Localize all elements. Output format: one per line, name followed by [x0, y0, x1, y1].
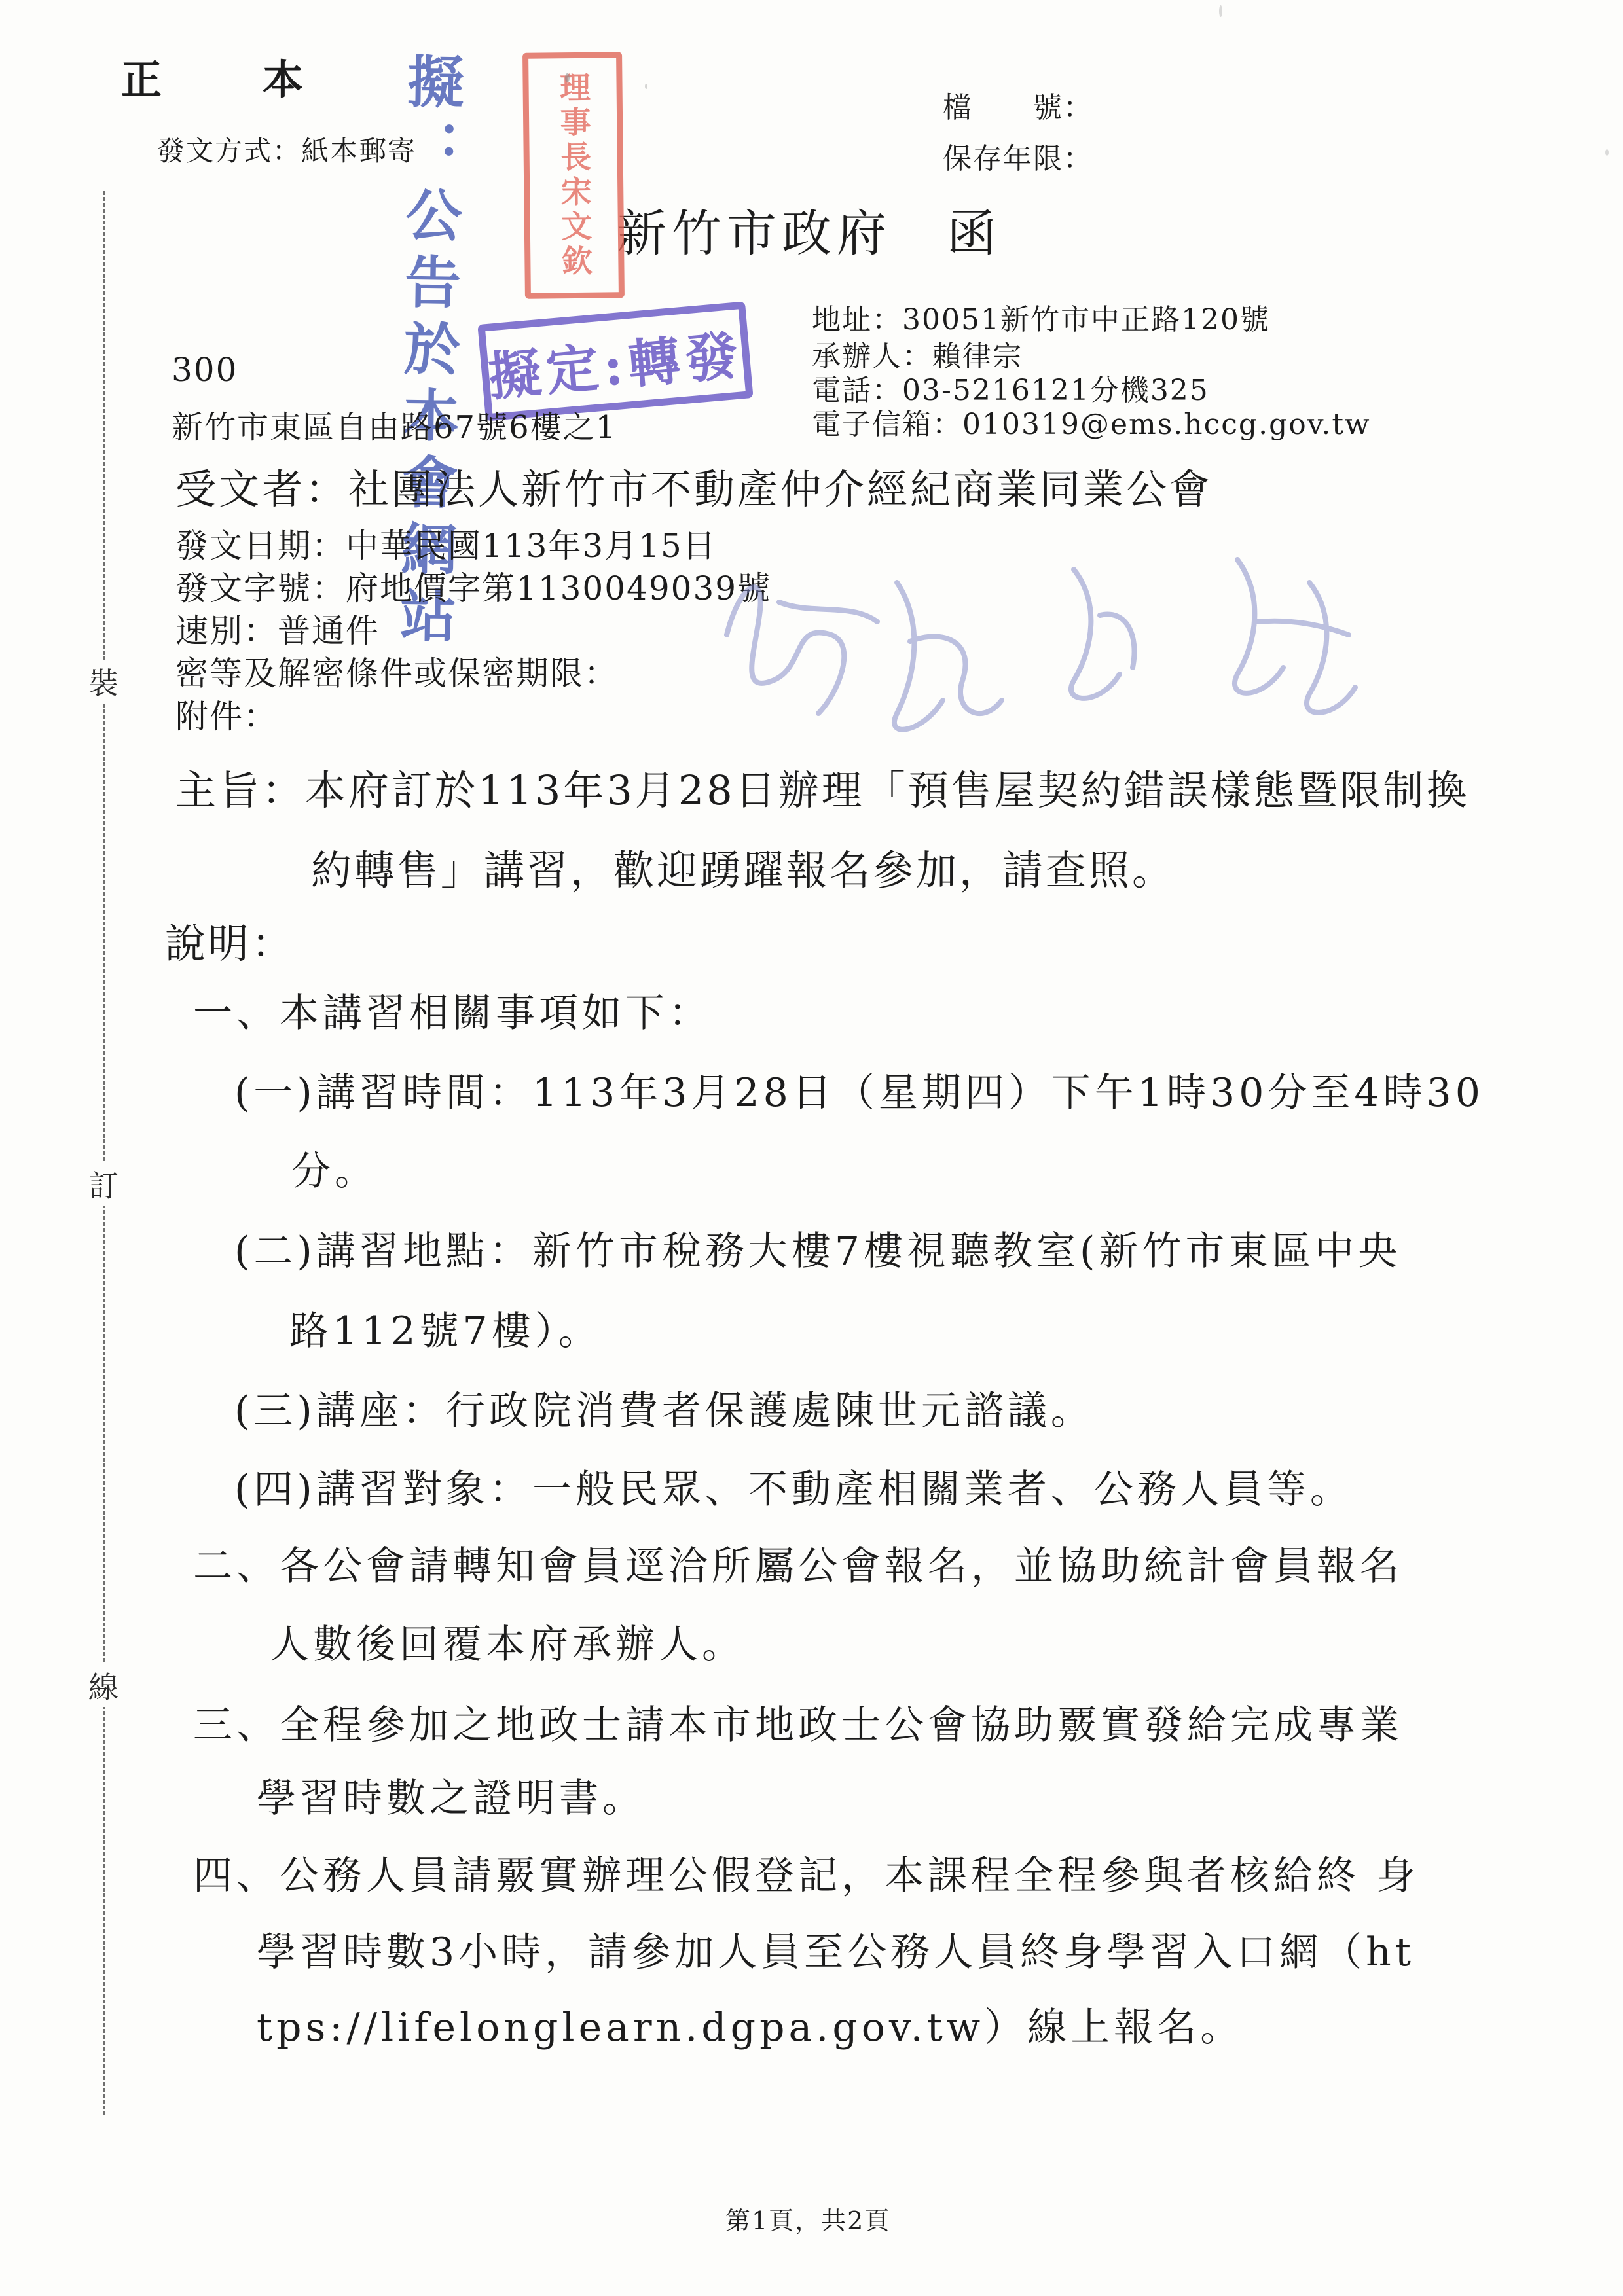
- description-line: 分。: [291, 1140, 378, 1196]
- scan-speck: [565, 73, 570, 82]
- description-line: 人數後回覆本府承辦人。: [270, 1613, 745, 1670]
- attachment-label: 附件：: [175, 691, 278, 738]
- description-line: 四、公務人員請覈實辦理公假登記，本課程全程參與者核給終 身: [193, 1844, 1419, 1901]
- recipient-line: 受文者：社團法人新竹市不動產仲介經紀商業同業公會: [175, 457, 1213, 515]
- scan-speck: [1219, 5, 1222, 17]
- document-title: 新竹市政府 函: [617, 194, 1002, 265]
- copy-type-label: 正 本: [121, 47, 333, 105]
- handwritten-note: 擬：公告於本會網站: [393, 52, 459, 726]
- file-number-label: 檔 號：: [943, 84, 1093, 126]
- description-line: (四)講習對象：一般民眾、不動產相關業者、公務人員等。: [234, 1458, 1353, 1515]
- description-line: tps://lifelonglearn.dgpa.gov.tw）線上報名。: [257, 1996, 1243, 2053]
- chairman-stamp-text: 理事長宋文欽: [557, 71, 590, 279]
- description-heading: 說明：: [165, 911, 295, 969]
- sender-email: 電子信箱：010319@ems.hccg.gov.tw: [812, 401, 1371, 442]
- recipient-postal-code: 300: [172, 351, 238, 389]
- document-page: 裝 訂 線 正 本 發文方式：紙本郵寄 檔 號： 保存年限： 新竹市政府 函 擬…: [0, 0, 1623, 2296]
- description-line: 路112號7樓）。: [289, 1300, 602, 1356]
- binding-label-ding: 訂: [82, 1162, 124, 1206]
- binding-label-xian: 線: [82, 1664, 124, 1707]
- description-line: 三、全程參加之地政士請本市地政士公會協助覈實發給完成專業: [193, 1694, 1403, 1750]
- page-number: 第1頁，共2頁: [725, 2200, 890, 2236]
- binding-label-zhuang: 裝: [82, 660, 124, 703]
- binding-dashed-line: [103, 191, 105, 2115]
- scan-speck: [1605, 149, 1609, 156]
- chairman-stamp: 理事長宋文欽: [522, 52, 625, 299]
- approval-stamp-text: 擬定:轉發: [485, 313, 746, 410]
- retention-label: 保存年限：: [943, 135, 1093, 177]
- description-line: (一)講習時間：113年3月28日（星期四）下午1時30分至4時30: [234, 1062, 1484, 1118]
- scan-speck: [645, 84, 647, 89]
- description-line: (二)講習地點：新竹市稅務大樓7樓視聽教室(新竹市東區中央: [234, 1220, 1401, 1276]
- security-level: 密等及解密條件或保密期限：: [175, 647, 618, 694]
- issue-date: 發文日期：中華民國113年3月15日: [175, 520, 717, 567]
- description-line: (三)講座：行政院消費者保護處陳世元諮議。: [234, 1380, 1094, 1436]
- description-line: 二、各公會請轉知會員逕洽所屬公會報名，並協助統計會員報名: [193, 1535, 1403, 1591]
- subject-line-1: 主旨：本府訂於113年3月28日辦理「預售屋契約錯誤樣態暨限制換: [175, 758, 1470, 816]
- recipient-address: 新竹市東區自由路67號6樓之1: [172, 402, 617, 447]
- subject-line-2: 約轉售」講習，歡迎踴躍報名參加，請查照。: [311, 838, 1175, 896]
- description-line: 學習時數3小時，請參加人員至公務人員終身學習入口網（ht: [257, 1921, 1415, 1977]
- sender-address: 地址：30051新竹市中正路120號: [812, 296, 1270, 338]
- description-line: 一、本講習相關事項如下：: [193, 982, 712, 1038]
- delivery-method: 發文方式：紙本郵寄: [157, 130, 416, 169]
- description-line: 學習時數之證明書。: [257, 1767, 646, 1823]
- priority: 速別：普通件: [175, 605, 380, 652]
